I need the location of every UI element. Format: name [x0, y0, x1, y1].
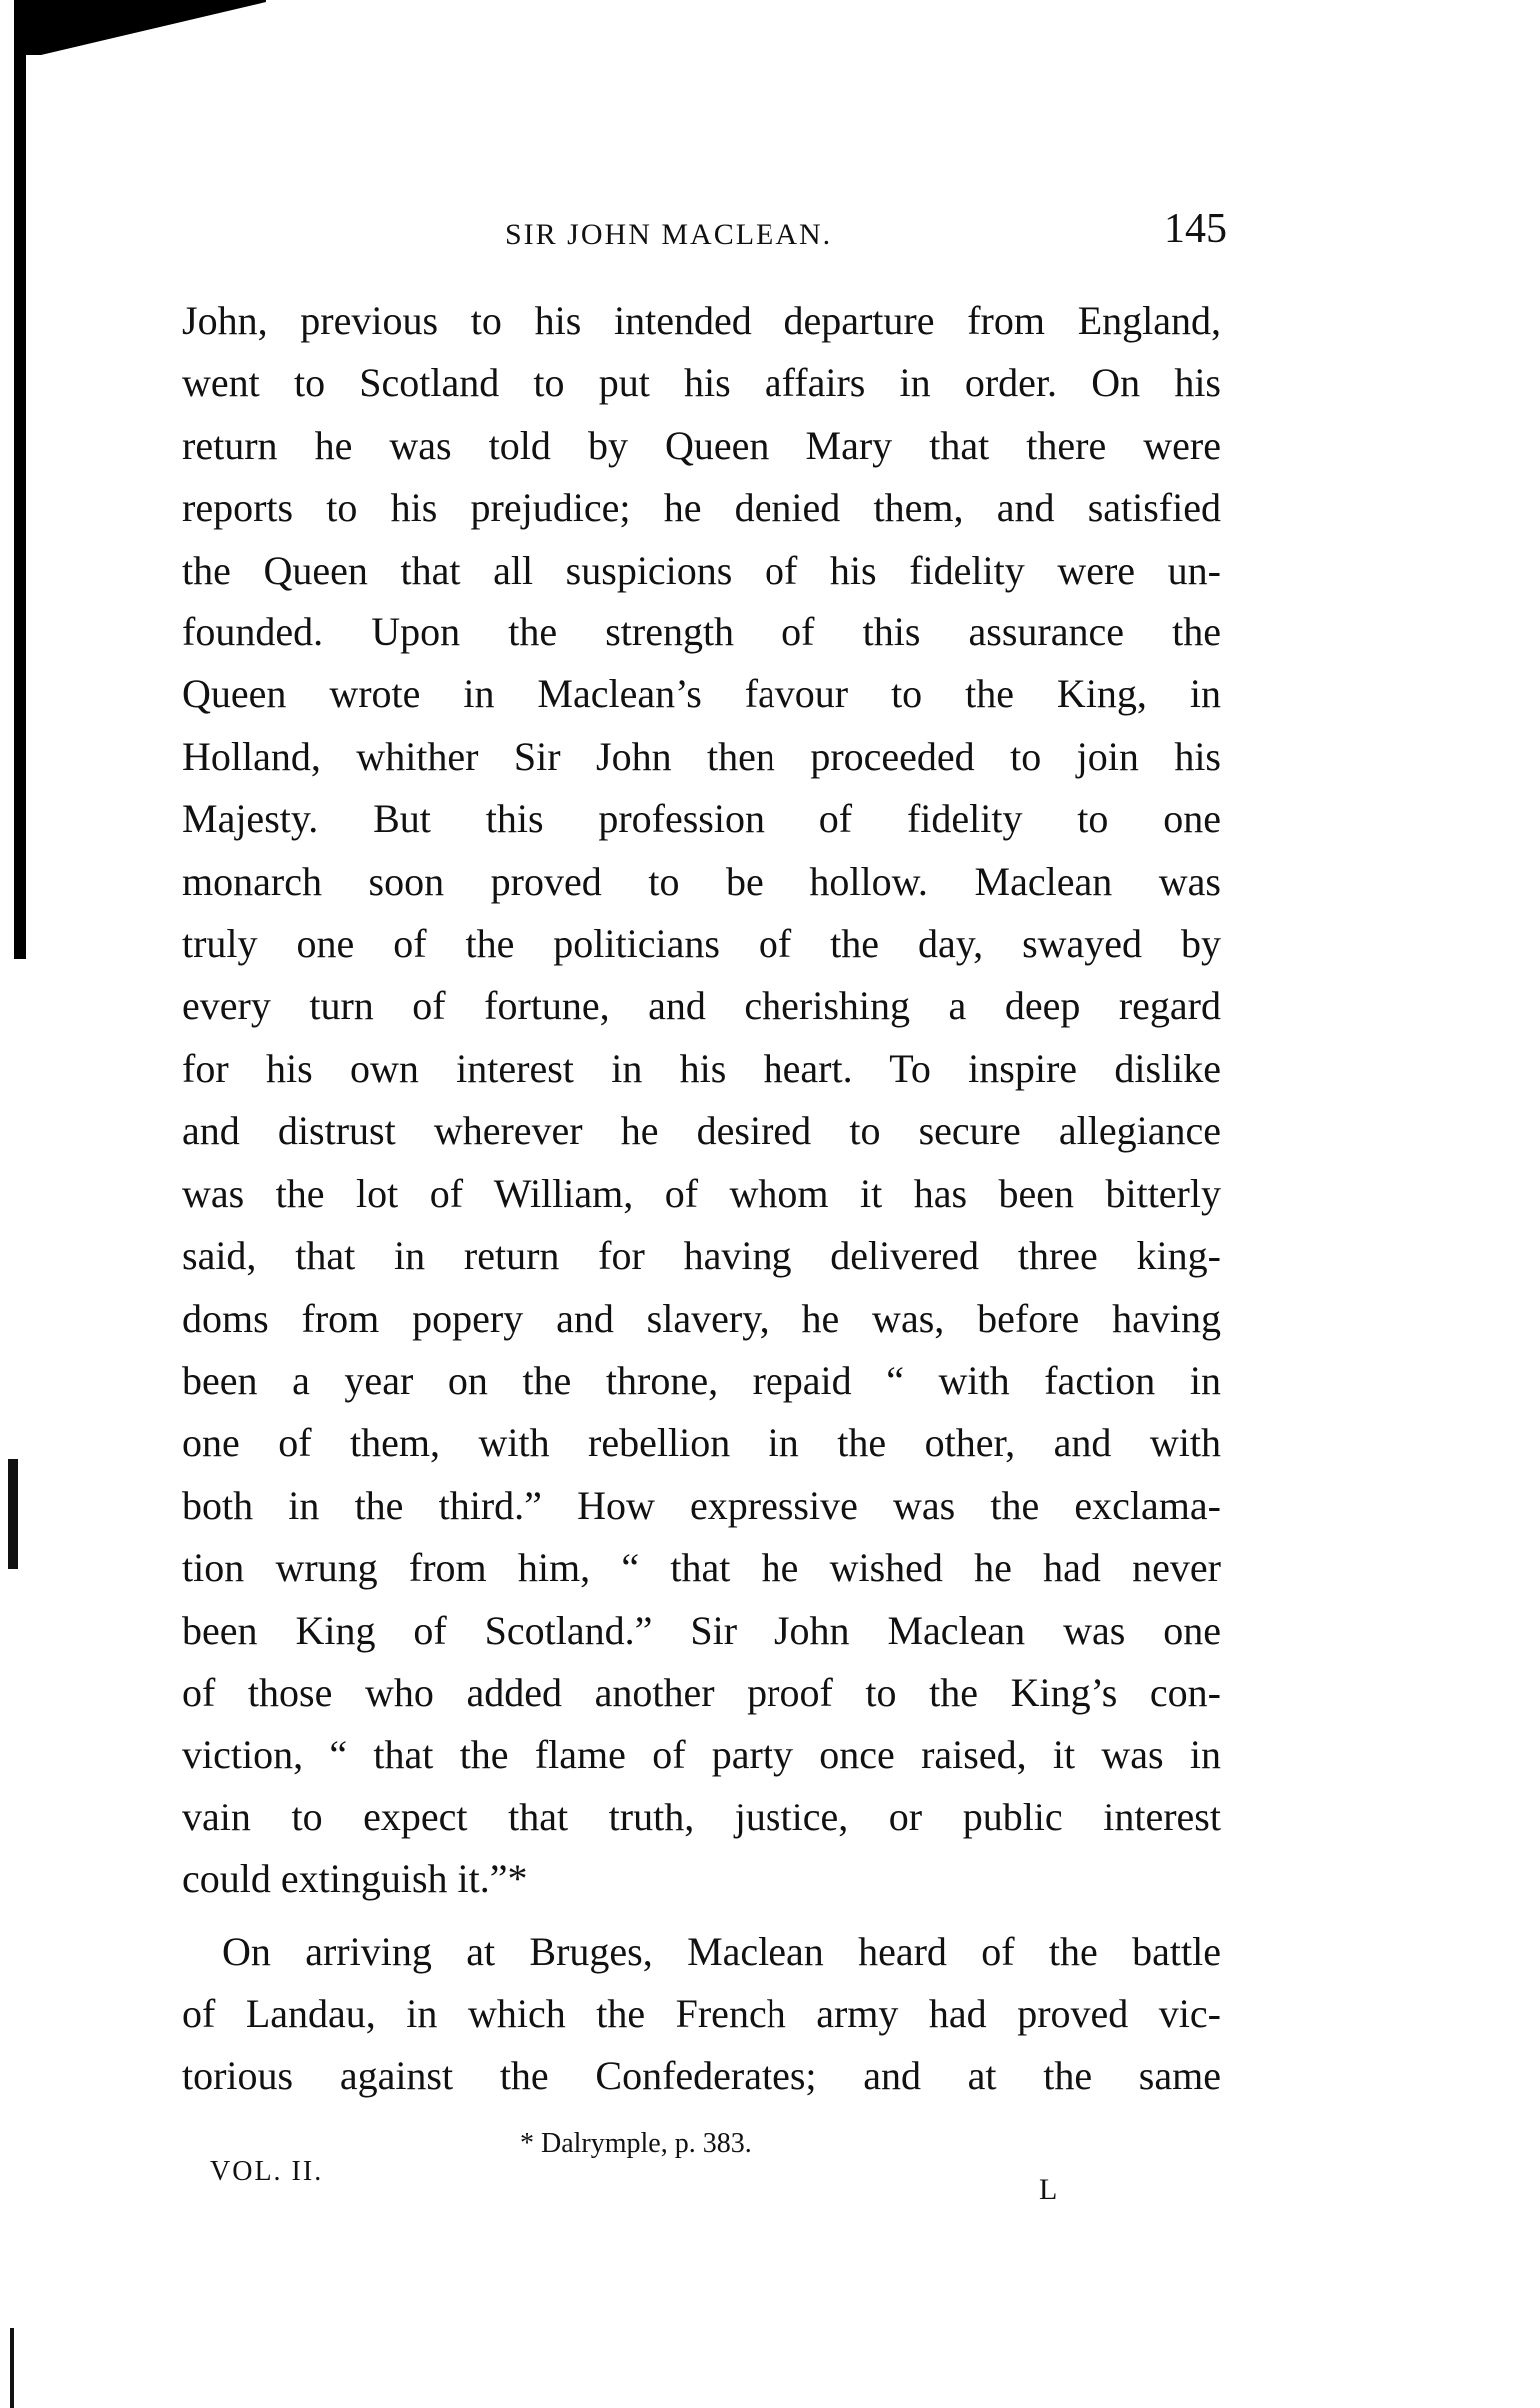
text-line: Majesty. But this profession of fidelity… — [182, 788, 1221, 850]
scan-edge-top — [16, 0, 266, 55]
scan-artifact — [8, 1459, 18, 1569]
text-line: tion wrung from him, “ that he wished he… — [182, 1537, 1221, 1599]
text-line: went to Scotland to put his affairs in o… — [182, 352, 1221, 414]
text-line: truly one of the politicians of the day,… — [182, 913, 1221, 975]
text-line: Holland, whither Sir John then proceeded… — [182, 726, 1221, 788]
scan-artifact — [10, 2328, 14, 2408]
footnote: * Dalrymple, p. 383. — [520, 2128, 752, 2160]
text-line: been King of Scotland.” Sir John Maclean… — [182, 1600, 1221, 1662]
text-line: of Landau, in which the French army had … — [182, 1983, 1221, 2045]
text-line: was the lot of William, of whom it has b… — [182, 1163, 1221, 1225]
volume-mark: VOL. II. — [210, 2156, 323, 2188]
text-line: On arriving at Bruges, Maclean heard of … — [182, 1921, 1221, 1983]
text-line: for his own interest in his heart. To in… — [182, 1038, 1221, 1100]
text-line: doms from popery and slavery, he was, be… — [182, 1288, 1221, 1350]
scan-edge-left — [14, 0, 26, 959]
text-line: monarch soon proved to be hollow. Maclea… — [182, 851, 1221, 913]
text-line: reports to his prejudice; he denied them… — [182, 477, 1221, 539]
body-text: John, previous to his intended departure… — [182, 290, 1221, 2108]
text-line: the Queen that all suspicions of his fid… — [182, 540, 1221, 602]
text-line: viction, “ that the flame of party once … — [182, 1724, 1221, 1786]
text-line: Queen wrote in Maclean’s favour to the K… — [182, 663, 1221, 725]
signature-mark: L — [1039, 2173, 1057, 2207]
text-line: one of them, with rebellion in the other… — [182, 1412, 1221, 1474]
text-line: said, that in return for having delivere… — [182, 1225, 1221, 1287]
text-line: torious against the Confederates; and at… — [182, 2045, 1221, 2107]
text-line: and distrust wherever he desired to secu… — [182, 1100, 1221, 1162]
running-header: SIR JOHN MACLEAN. — [505, 218, 832, 252]
page-number: 145 — [1164, 205, 1227, 253]
text-line: vain to expect that truth, justice, or p… — [182, 1787, 1221, 1848]
text-line: both in the third.” How expressive was t… — [182, 1475, 1221, 1537]
text-line: every turn of fortune, and cherishing a … — [182, 975, 1221, 1037]
text-line: John, previous to his intended departure… — [182, 290, 1221, 352]
text-line: founded. Upon the strength of this assur… — [182, 602, 1221, 663]
text-line: of those who added another proof to the … — [182, 1662, 1221, 1724]
text-line: return he was told by Queen Mary that th… — [182, 415, 1221, 477]
text-line: could extinguish it.”* — [182, 1848, 1221, 1910]
text-line: been a year on the throne, repaid “ with… — [182, 1350, 1221, 1412]
